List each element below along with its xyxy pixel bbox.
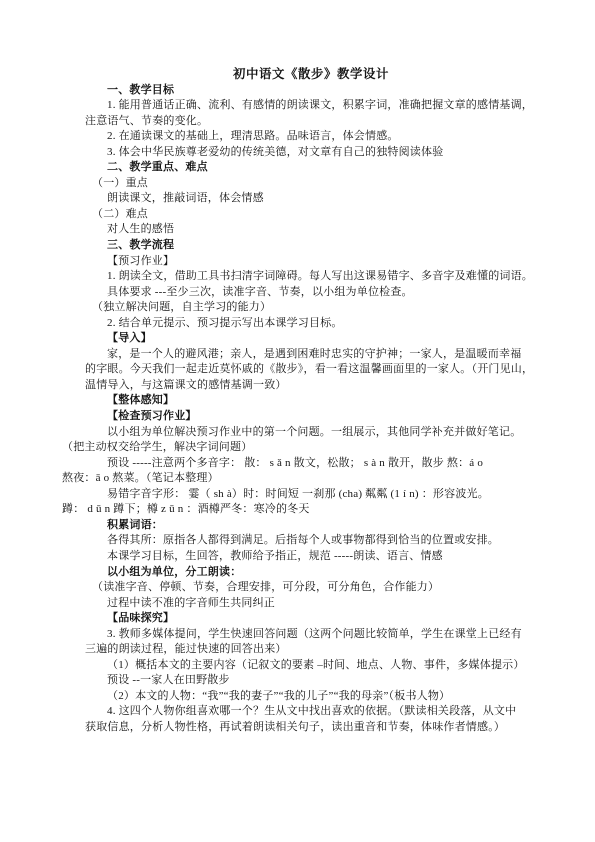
document-line: 【预习作业】 (85, 254, 537, 270)
section-heading: 【品味探究】 (85, 611, 537, 627)
document-line: 蹲： d ū n 蹲下；樽 z ū n ：酒樽严冬：寒冷的冬天 (62, 502, 537, 518)
section-heading: 积累词语： (85, 518, 537, 534)
document-page: 初中语文《散步》教学设计一、教学目标1. 能用普通话正确、流利、有感情的朗读课文… (0, 0, 595, 842)
document-line: （1）概括本文的主要内容（记叙文的要素 –时间、地点、人物、事件，多媒体提示） (85, 658, 537, 674)
section-heading: 【检查预习作业】 (85, 409, 537, 425)
document-line: 家，是一个人的避风港；亲人，是遇到困难时忠实的守护神；一家人，是温暖而幸福 (85, 347, 537, 363)
document-line: 熬夜：ā o 熬菜。（笔记本整理） (62, 471, 537, 487)
document-line: （一）重点 (85, 176, 537, 192)
document-line: 4. 这四个人物你组喜欢哪一个？生从文中找出喜欢的依据。（默读相关段落，从文中 (85, 704, 537, 720)
section-heading: 一、教学目标 (85, 83, 537, 99)
document-line: （把主动权交给学生，解决字词问题） (62, 440, 537, 456)
document-line: 2. 在通读课文的基础上，理清思路。品味语言，体会情感。 (85, 129, 537, 145)
document-line: 预设 -----注意两个多音字： 散： s ǎ n 散文，松散； s à n 散… (85, 456, 537, 472)
document-line: 注意语气、节奏的变化。 (85, 114, 537, 130)
document-line: 本课学习目标，生回答，教师给予指正，规范 -----朗读、语言、情感 (85, 549, 537, 565)
document-line: 各得其所：原指各人都得到满足。后指每个人或事物都得到恰当的位置或安排。 (85, 533, 537, 549)
document-line: （读准字音、停顿、节奏，合理安排，可分段，可分角色，合作能力） (85, 580, 537, 596)
document-line: 预设 --一家人在田野散步 (85, 673, 537, 689)
document-body: 初中语文《散步》教学设计一、教学目标1. 能用普通话正确、流利、有感情的朗读课文… (85, 67, 537, 736)
document-line: 3. 体会中华民族尊老爱幼的传统美德，对文章有自己的独特阅读体验 (85, 145, 537, 161)
document-line: 1. 能用普通话正确、流利、有感情的朗读课文，积累字词，准确把握文章的感情基调， (85, 98, 537, 114)
document-line: （2）本文的人物：“我”“我的妻子”“我的儿子”“我的母亲”（板书人物） (85, 689, 537, 705)
section-heading: 以小组为单位，分工朗读： (85, 565, 537, 581)
document-line: 易错字音字形： 霎（ sh à）时：时间短 一刹那 (cha) 粼粼 (1 í … (85, 487, 537, 503)
document-line: 获取信息，分析人物性格，再试着朗读相关句子，读出重音和节奏，体味作者情感。） (85, 720, 537, 736)
section-heading: 三、教学流程 (85, 238, 537, 254)
document-line: 朗读课文，推敲词语，体会情感 (85, 191, 537, 207)
document-line: 过程中读不准的字音师生共同纠正 (85, 596, 537, 612)
document-line: （二）难点 (85, 207, 537, 223)
section-heading: 【整体感知】 (85, 393, 537, 409)
document-line: 3. 教师多媒体提问，学生快速回答问题（这两个问题比较简单，学生在课堂上已经有 (85, 627, 537, 643)
document-line: （独立解决问题，自主学习的能力） (85, 300, 537, 316)
document-line: 的字眼。今天我们一起走近莫怀戚的《散步》，看一看这温馨画面里的一家人。（开门见山… (85, 362, 537, 378)
section-heading: 【导入】 (85, 331, 537, 347)
document-line: 三遍的朗读过程，能过快速的回答出来） (85, 642, 537, 658)
document-line: 对人生的感悟 (85, 222, 537, 238)
document-line: 具体要求 ---至少三次，读准字音、节奏，以小组为单位检查。 (85, 285, 537, 301)
document-title: 初中语文《散步》教学设计 (85, 67, 537, 83)
document-line: 2. 结合单元提示、预习提示写出本课学习目标。 (85, 316, 537, 332)
section-heading: 二、教学重点、难点 (85, 160, 537, 176)
document-line: 以小组为单位解决预习作业中的第一个问题。一组展示，其他同学补充并做好笔记。 (85, 425, 537, 441)
document-line: 温情导入，与这篇课文的感情基调一致） (85, 378, 537, 394)
document-line: 1. 朗读全文，借助工具书扫清字词障碍。每人写出这课易错字、多音字及难懂的词语。 (85, 269, 537, 285)
